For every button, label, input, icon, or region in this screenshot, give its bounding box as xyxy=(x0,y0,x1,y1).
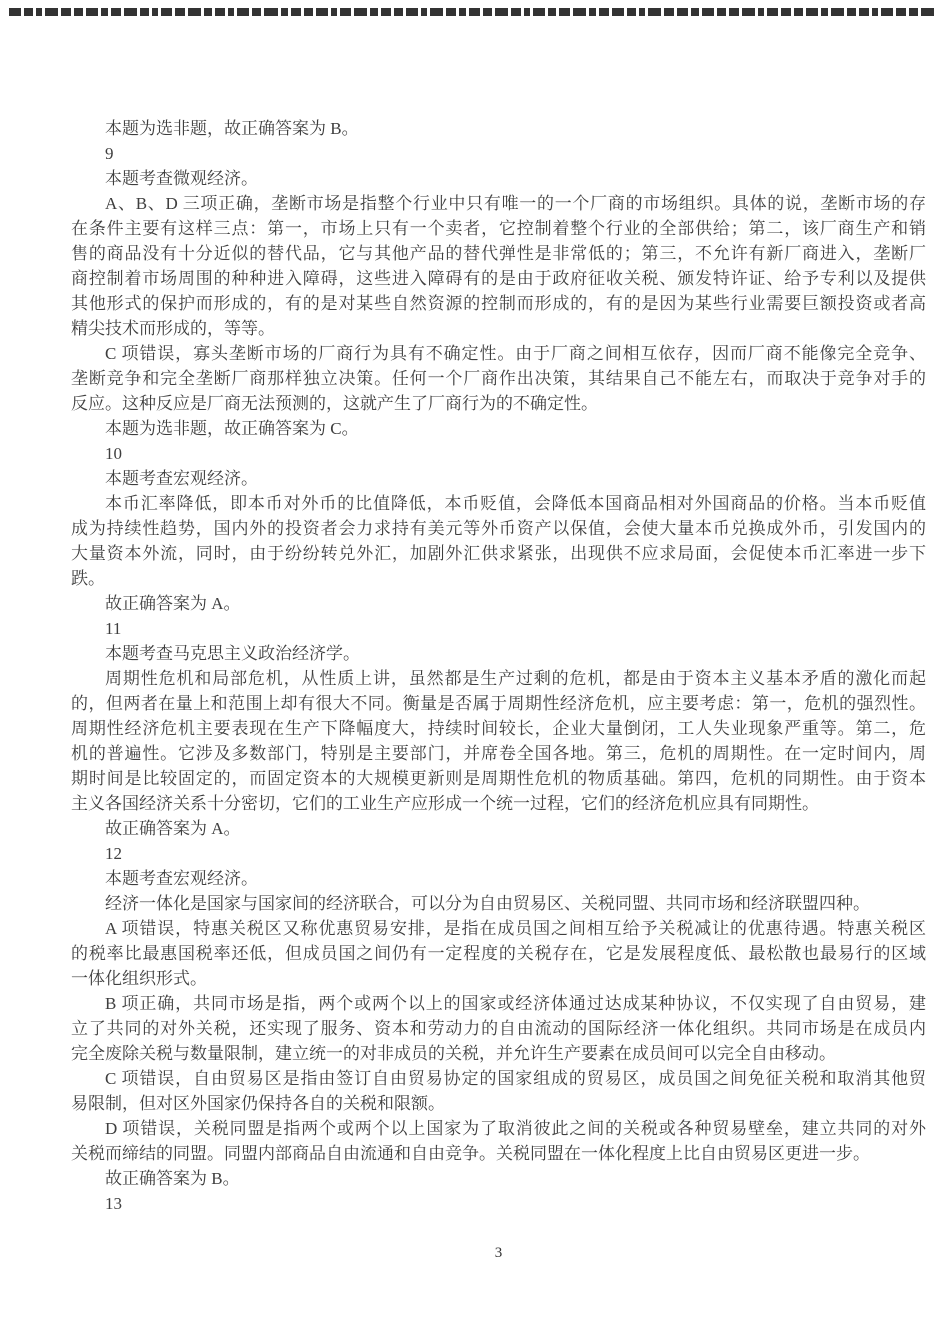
glyph-block xyxy=(511,8,521,16)
text-line: 一体化组织形式。 xyxy=(71,966,926,991)
text-line: 的，但两者在量上和范围上却有很大不同。衡量是否属于周期性经济危机，应主要考虑：第… xyxy=(71,691,926,716)
glyph-block xyxy=(204,8,212,16)
glyph-block xyxy=(806,8,818,16)
glyph-block xyxy=(677,8,688,16)
glyph-block xyxy=(264,8,278,16)
glyph-block xyxy=(215,8,225,16)
page-number: 3 xyxy=(71,1245,926,1262)
glyph-block xyxy=(370,8,378,16)
glyph-block xyxy=(340,8,351,16)
glyph-block xyxy=(140,8,149,16)
glyph-block xyxy=(758,8,764,16)
glyph-block xyxy=(459,8,466,16)
text-line: 12 xyxy=(71,841,926,866)
glyph-block xyxy=(627,8,636,16)
glyph-block xyxy=(573,8,586,16)
glyph-block xyxy=(794,8,803,16)
glyph-block xyxy=(36,8,42,16)
glyph-block xyxy=(548,8,556,16)
glyph-block xyxy=(859,8,869,16)
glyph-block xyxy=(331,8,337,16)
glyph-block xyxy=(124,8,137,16)
glyph-block xyxy=(717,8,726,16)
text-line: 周期性危机和局部危机，从性质上讲，虽然都是生产过剩的危机，都是由于资本主义基本矛… xyxy=(71,666,926,691)
glyph-block xyxy=(406,8,418,16)
text-line: 反应。这种反应是厂商无法预测的，这就产生了厂商行为的不确定性。 xyxy=(71,391,926,416)
glyph-block xyxy=(881,8,893,16)
text-line: 10 xyxy=(71,441,926,466)
glyph-block xyxy=(188,8,201,16)
glyph-block xyxy=(161,8,172,16)
glyph-block xyxy=(691,8,699,16)
glyph-block xyxy=(446,8,456,16)
text-line: 故正确答案为 A。 xyxy=(71,591,926,616)
glyph-block xyxy=(304,8,313,16)
glyph-block xyxy=(237,8,249,16)
glyph-block xyxy=(45,8,58,16)
text-line: 在条件主要有这样三点：第一，市场上只有一个卖者，它控制着整个行业的全部供给；第二… xyxy=(71,216,926,241)
text-line: 周期性经济危机主要表现在生产下降幅度大，持续时间较长，企业大量倒闭，工人失业现象… xyxy=(71,716,926,741)
glyph-block xyxy=(394,8,403,16)
text-line: D 项错误，关税同盟是指两个或两个以上国家为了取消彼此之间的关税或各种贸易壁垒，… xyxy=(71,1116,926,1141)
text-line: C 项错误，自由贸易区是指由签订自由贸易协定的国家组成的贸易区，成员国之间免征关… xyxy=(71,1066,926,1091)
text-line: 垄断竞争和完全垄断厂商那样独立决策。任何一个厂商作出决策，其结果自己不能左右，而… xyxy=(71,366,926,391)
glyph-block xyxy=(228,8,234,16)
glyph-block xyxy=(599,8,609,16)
text-line: 易限制，但对区外国家仍保持各自的关税和限额。 xyxy=(71,1091,926,1116)
text-line: 13 xyxy=(71,1191,926,1216)
text-line: 商控制着市场周围的种种进入障碍，这些进入障碍有的是由于政府征收关税、颁发特许证、… xyxy=(71,266,926,291)
glyph-block xyxy=(86,8,98,16)
glyph-block xyxy=(639,8,645,16)
glyph-block xyxy=(316,8,328,16)
text-line: 大量资本外流，同时，由于纷纷转兑外汇，加剧外汇供求紧张，出现供不应求局面，会促使… xyxy=(71,541,926,566)
text-line: 售的商品没有十分近似的替代品，它与其他产品的替代弹性是非常低的；第三，不允许有新… xyxy=(71,241,926,266)
glyph-block xyxy=(430,8,443,16)
glyph-block xyxy=(702,8,714,16)
glyph-block xyxy=(612,8,624,16)
glyph-block xyxy=(9,8,21,16)
glyph-block xyxy=(291,8,301,16)
glyph-block xyxy=(821,8,828,16)
text-line: 其他形式的保护而形成的，有的是对某些自然资源的控制而形成的，有的是因为某些行业需… xyxy=(71,291,926,316)
glyph-block xyxy=(24,8,33,16)
text-line: 9 xyxy=(71,141,926,166)
glyph-block xyxy=(524,8,530,16)
glyph-block xyxy=(152,8,158,16)
glyph-block xyxy=(111,8,121,16)
text-line: C 项错误，寡头垄断市场的厂商行为具有不确定性。由于厂商之间相互依存，因而厂商不… xyxy=(71,341,926,366)
text-line: 完全废除关税与数量限制，建立统一的对非成员的关税，并允许生产要素在成员间可以完全… xyxy=(71,1041,926,1066)
text-line: 成为持续性趋势，国内外的投资者会力求持有美元等外币资产以保值，会使大量本币兑换成… xyxy=(71,516,926,541)
glyph-block xyxy=(921,8,934,16)
glyph-block xyxy=(281,8,288,16)
glyph-block xyxy=(354,8,367,16)
text-line: 11 xyxy=(71,616,926,641)
text-line: 跌。 xyxy=(71,566,926,591)
text-line: A、B、D 三项正确，垄断市场是指整个行业中只有唯一的一个厂商的市场组织。具体的… xyxy=(71,191,926,216)
text-line: 本题考查宏观经济。 xyxy=(71,466,926,491)
glyph-block xyxy=(533,8,545,16)
glyph-block xyxy=(729,8,739,16)
glyph-block xyxy=(252,8,261,16)
header-glyph-blocks xyxy=(9,8,941,16)
glyph-block xyxy=(61,8,71,16)
glyph-block xyxy=(483,8,492,16)
glyph-block xyxy=(495,8,508,16)
text-line: 本题考查宏观经济。 xyxy=(71,866,926,891)
text-line: 本题为选非题，故正确答案为 B。 xyxy=(71,116,926,141)
glyph-block xyxy=(909,8,918,16)
glyph-block xyxy=(831,8,844,16)
glyph-block xyxy=(74,8,83,16)
glyph-block xyxy=(767,8,778,16)
text-line: 期时间是比较固定的，而固定资本的大规模更新则是周期性危机的物质基础。第四，危机的… xyxy=(71,766,926,791)
text-line: A 项错误，特惠关税区又称优惠贸易安排，是指在成员国之间相互给予关税减让的优惠待… xyxy=(71,916,926,941)
glyph-block xyxy=(589,8,596,16)
text-line: 关税而缔结的同盟。同盟内部商品自由流通和自由竞争。关税同盟在一体化程度上比自由贸… xyxy=(71,1141,926,1166)
text-line: B 项正确，共同市场是指，两个或两个以上的国家或经济体通过达成某种协议，不仅实现… xyxy=(71,991,926,1016)
glyph-block xyxy=(872,8,878,16)
text-line: 本题考查马克思主义政治经济学。 xyxy=(71,641,926,666)
text-line: 主义各国经济关系十分密切，它们的工业生产应形成一个统一过程，它们的经济危机应具有… xyxy=(71,791,926,816)
document-text: 本题为选非题，故正确答案为 B。9本题考查微观经济。A、B、D 三项正确，垄断市… xyxy=(71,116,926,1216)
text-line: 的税率比最惠国税率还低，但成员国之间仍有一定程度的关税存在，它是发展程度低、最松… xyxy=(71,941,926,966)
glyph-block xyxy=(101,8,108,16)
glyph-block xyxy=(896,8,906,16)
glyph-block xyxy=(469,8,480,16)
text-line: 立了共同的对外关税，还实现了服务、资本和劳动力的自由流动的国际经济一体化组织。共… xyxy=(71,1016,926,1041)
text-line: 本题考查微观经济。 xyxy=(71,166,926,191)
glyph-block xyxy=(175,8,185,16)
glyph-block xyxy=(559,8,570,16)
glyph-block xyxy=(381,8,391,16)
text-line: 故正确答案为 A。 xyxy=(71,816,926,841)
glyph-block xyxy=(781,8,791,16)
glyph-block xyxy=(742,8,755,16)
glyph-block xyxy=(421,8,427,16)
text-line: 精尖技术而形成的，等等。 xyxy=(71,316,926,341)
glyph-block xyxy=(847,8,856,16)
text-line: 本题为选非题，故正确答案为 C。 xyxy=(71,416,926,441)
text-line: 机的普遍性。它涉及多数部门，特别是主要部门，并席卷全国各地。第三，危机的周期性。… xyxy=(71,741,926,766)
glyph-block xyxy=(648,8,661,16)
text-line: 故正确答案为 B。 xyxy=(71,1166,926,1191)
text-line: 经济一体化是国家与国家间的经济联合，可以分为自由贸易区、关税同盟、共同市场和经济… xyxy=(71,891,926,916)
glyph-block xyxy=(664,8,674,16)
text-line: 本币汇率降低，即本币对外币的比值降低，本币贬值，会降低本国商品相对外国商品的价格… xyxy=(71,491,926,516)
